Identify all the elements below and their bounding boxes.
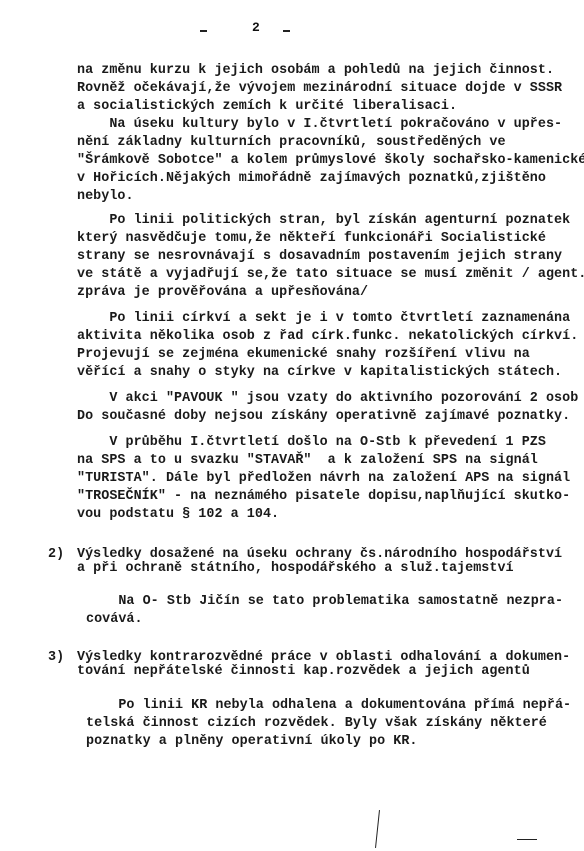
- section-body-line: covává.: [86, 612, 143, 628]
- section-number: 3): [48, 650, 64, 666]
- paragraph-line: "Šrámkově Sobotce" a kolem průmyslové šk…: [77, 153, 584, 169]
- paragraph-line: Projevují se zejména ekumenické snahy ro…: [77, 347, 530, 363]
- scan-mark: [375, 810, 380, 848]
- paragraph-line: V průběhu I.čtvrtletí došlo na O-Stb k p…: [77, 435, 546, 451]
- paragraph-line: a socialistických zemích k určité libera…: [77, 99, 457, 115]
- paragraph-line: Na úseku kultury bylo v I.čtvrtletí pokr…: [77, 117, 562, 133]
- header-dash-left: [200, 30, 207, 32]
- paragraph-line: v Hořicích.Nějakých mimořádně zajímavých…: [77, 171, 546, 187]
- paragraph-line: na změnu kurzu k jejich osobám a pohledů…: [77, 63, 554, 79]
- paragraph-line: zpráva je prověřována a upřesňována/: [77, 285, 368, 301]
- paragraph-line: nebylo.: [77, 189, 134, 205]
- paragraph-line: Rovněž očekávají,že vývojem mezinárodní …: [77, 81, 562, 97]
- paragraph-line: Do současné doby nejsou získány operativ…: [77, 409, 570, 425]
- paragraph-line: "TROSEČNÍK" - na neznámého pisatele dopi…: [77, 489, 570, 505]
- paragraph-line: ve státě a vyjadřují se,že tato situace …: [77, 267, 584, 283]
- scan-mark: [517, 839, 537, 840]
- section-body-line: Po linii KR nebyla odhalena a dokumentov…: [86, 698, 571, 714]
- paragraph-line: Po linii církví a sekt je i v tomto čtvr…: [77, 311, 570, 327]
- section-heading-line: tování nepřátelské činnosti kap.rozvědek…: [77, 664, 530, 680]
- paragraph-line: strany se nesrovnávají s dosavadním post…: [77, 249, 562, 265]
- paragraph-line: Po linii politických stran, byl získán a…: [77, 213, 570, 229]
- paragraph-line: vou podstatu § 102 a 104.: [77, 507, 279, 523]
- paragraph-line: nění základny kulturních pracovníků, sou…: [77, 135, 506, 151]
- paragraph-line: aktivita několika osob z řad círk.funkc.…: [77, 329, 578, 345]
- header-dash-right: [283, 30, 290, 32]
- page-number: 2: [252, 20, 260, 35]
- paragraph-line: "TURISTA". Dále byl předložen návrh na z…: [77, 471, 570, 487]
- section-body-line: poznatky a plněny operativní úkoly po KR…: [86, 734, 418, 750]
- section-number: 2): [48, 547, 64, 563]
- section-body-line: Na O- Stb Jičín se tato problematika sam…: [86, 594, 563, 610]
- paragraph-line: věřící a snahy o styky na církve v kapit…: [77, 365, 562, 381]
- section-body-line: telská činnost cizích rozvědek. Byly vša…: [86, 716, 547, 732]
- paragraph-line: V akci "PAVOUK " jsou vzaty do aktivního…: [77, 391, 578, 407]
- paragraph-line: který nasvědčuje tomu,že někteří funkcio…: [77, 231, 546, 247]
- paragraph-line: na SPS a to u svazku "STAVAŘ" a k založe…: [77, 453, 538, 469]
- section-heading-line: a při ochraně státního, hospodářského a …: [77, 561, 514, 577]
